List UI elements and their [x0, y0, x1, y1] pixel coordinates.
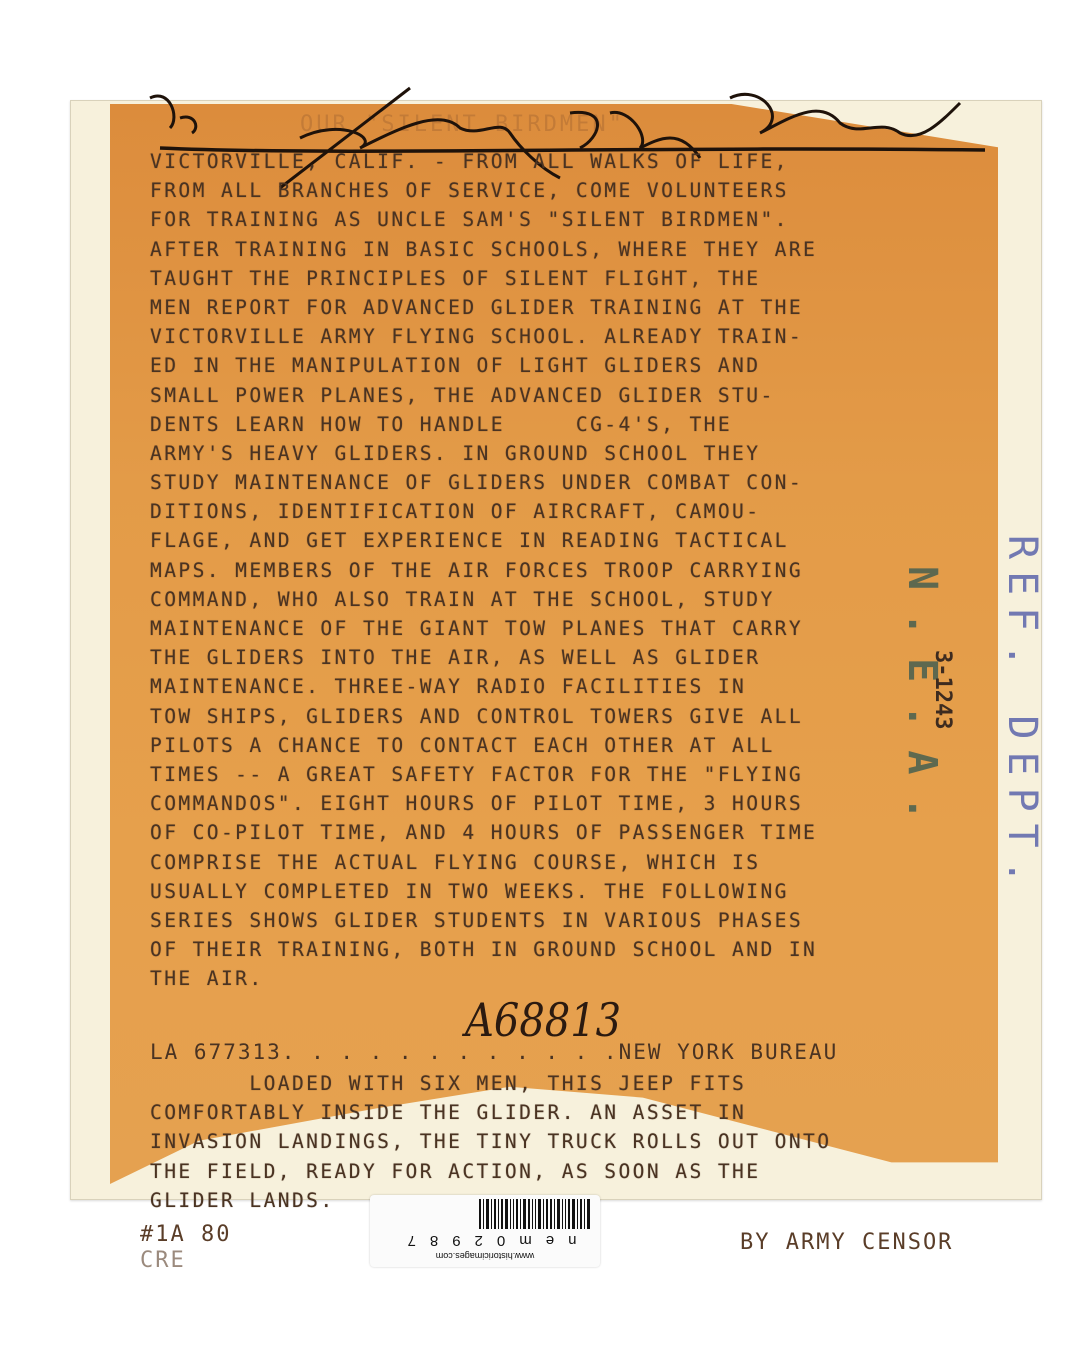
body-line: MAINTENANCE. THREE-WAY RADIO FACILITIES …	[150, 672, 970, 701]
footer-code: #1A 80	[140, 1222, 231, 1247]
body-line: PILOTS A CHANCE TO CONTACT EACH OTHER AT…	[150, 731, 970, 760]
body-line: DITIONS, IDENTIFICATION OF AIRCRAFT, CAM…	[150, 497, 970, 526]
body-line: AFTER TRAINING IN BASIC SCHOOLS, WHERE T…	[150, 235, 970, 264]
body-line: OF CO-PILOT TIME, AND 4 HOURS OF PASSENG…	[150, 818, 970, 847]
body-line: COMPRISE THE ACTUAL FLYING COURSE, WHICH…	[150, 848, 970, 877]
photo-caption: LOADED WITH SIX MEN, THIS JEEP FITSCOMFO…	[150, 1069, 970, 1215]
label-url: www.historicimages.com	[370, 1251, 600, 1261]
body-line: VICTORVILLE ARMY FLYING SCHOOL. ALREADY …	[150, 322, 970, 351]
barcode-icon	[380, 1199, 590, 1229]
body-line: FOR TRAINING AS UNCLE SAM'S "SILENT BIRD…	[150, 205, 970, 234]
body-line: MAINTENANCE OF THE GIANT TOW PLANES THAT…	[150, 614, 970, 643]
body-line: TIMES -- A GREAT SAFETY FACTOR FOR THE "…	[150, 760, 970, 789]
body-line: VICTORVILLE, CALIF. - FROM ALL WALKS OF …	[150, 147, 970, 176]
caption-line: INVASION LANDINGS, THE TINY TRUCK ROLLS …	[150, 1127, 970, 1156]
body-line: SERIES SHOWS GLIDER STUDENTS IN VARIOUS …	[150, 906, 970, 935]
date-stamp: 3-1243	[930, 650, 955, 729]
press-release-body: VICTORVILLE, CALIF. - FROM ALL WALKS OF …	[150, 147, 970, 993]
caption-line: LOADED WITH SIX MEN, THIS JEEP FITS	[150, 1069, 970, 1098]
censor-line: BY ARMY CENSOR	[740, 1230, 953, 1255]
caption-line: COMFORTABLY INSIDE THE GLIDER. AN ASSET …	[150, 1098, 970, 1127]
barcode-label: www.historicimages.com nem02987	[370, 1195, 600, 1267]
body-line: TAUGHT THE PRINCIPLES OF SILENT FLIGHT, …	[150, 264, 970, 293]
body-line: ARMY'S HEAVY GLIDERS. IN GROUND SCHOOL T…	[150, 439, 970, 468]
body-line: STUDY MAINTENANCE OF GLIDERS UNDER COMBA…	[150, 468, 970, 497]
body-line: COMMAND, WHO ALSO TRAIN AT THE SCHOOL, S…	[150, 585, 970, 614]
body-line: COMMANDOS". EIGHT HOURS OF PILOT TIME, 3…	[150, 789, 970, 818]
ref-dept-stamp: REF. DEPT.	[999, 535, 1045, 896]
body-line: SMALL POWER PLANES, THE ADVANCED GLIDER …	[150, 381, 970, 410]
body-line: MEN REPORT FOR ADVANCED GLIDER TRAINING …	[150, 293, 970, 322]
body-line: TOW SHIPS, GLIDERS AND CONTROL TOWERS GI…	[150, 702, 970, 731]
slug-line: LA 677313. . . . . . . . . . . .NEW YORK…	[150, 1040, 838, 1064]
caption-line: THE FIELD, READY FOR ACTION, AS SOON AS …	[150, 1157, 970, 1186]
footer-partial: CRE	[140, 1248, 186, 1273]
body-line: USUALLY COMPLETED IN TWO WEEKS. THE FOLL…	[150, 877, 970, 906]
body-line: THE GLIDERS INTO THE AIR, AS WELL AS GLI…	[150, 643, 970, 672]
body-line: ED IN THE MANIPULATION OF LIGHT GLIDERS …	[150, 351, 970, 380]
body-line: THE AIR.	[150, 964, 970, 993]
body-line: FLAGE, AND GET EXPERIENCE IN READING TAC…	[150, 526, 970, 555]
body-line: MAPS. MEMBERS OF THE AIR FORCES TROOP CA…	[150, 556, 970, 585]
label-code: nem02987	[370, 1232, 600, 1249]
body-line: DENTS LEARN HOW TO HANDLE CG-4'S, THE	[150, 410, 970, 439]
body-line: FROM ALL BRANCHES OF SERVICE, COME VOLUN…	[150, 176, 970, 205]
body-line: OF THEIR TRAINING, BOTH IN GROUND SCHOOL…	[150, 935, 970, 964]
